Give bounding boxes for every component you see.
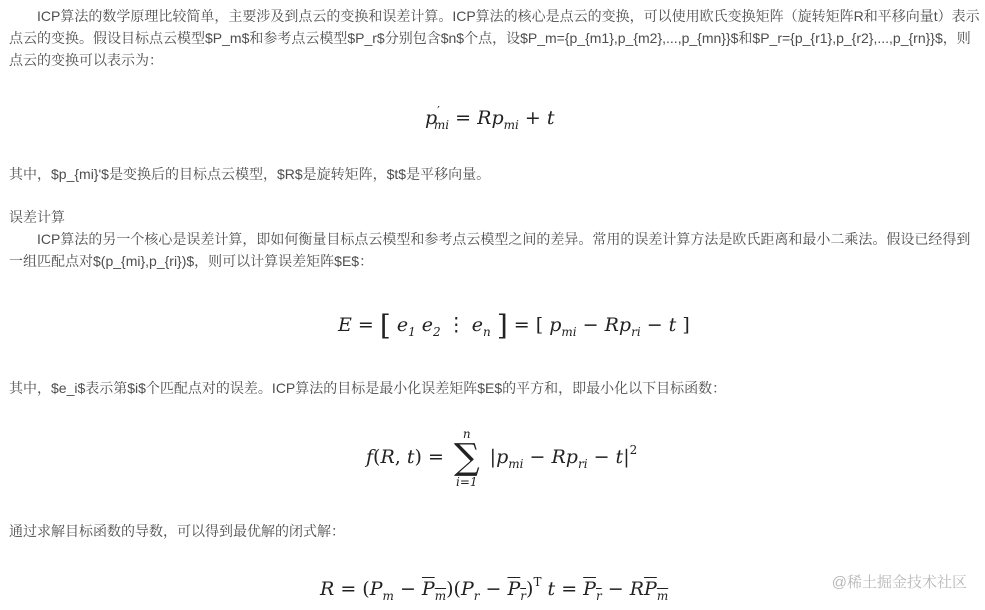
closed-form-paragraph: 通过求解目标函数的导数，可以得到最优解的闭式解： bbox=[9, 520, 981, 542]
equation-solution: R = (Pm − Pm)(Pr − Pr)T t = Pr − RPm bbox=[320, 575, 668, 603]
equation-error-matrix: E = [ e1 e2 ⋮ en ] = [ pmi − Rpri − t ] bbox=[338, 309, 690, 342]
intro-paragraph: ICP算法的数学原理比较简单，主要涉及到点云的变换和误差计算。ICP算法的核心是… bbox=[9, 5, 981, 71]
error-intro-paragraph: ICP算法的另一个核心是误差计算，即如何衡量目标点云模型和参考点云模型之间的差异… bbox=[9, 228, 981, 272]
equation-objective: f(R, t) = n∑i=1 |pmi − Rpri − t|2 bbox=[366, 428, 637, 488]
equation-transform: p′mi = Rpmi + t bbox=[425, 104, 554, 132]
where-paragraph-2: 其中，$e_i$表示第$i$个匹配点对的误差。ICP算法的目标是最小化误差矩阵$… bbox=[9, 377, 981, 399]
watermark: @稀土掘金技术社区 bbox=[832, 571, 967, 592]
section-heading-error: 误差计算 bbox=[9, 206, 981, 228]
where-paragraph-1: 其中，$p_{mi}'$是变换后的目标点云模型，$R$是旋转矩阵，$t$是平移向… bbox=[9, 163, 981, 185]
